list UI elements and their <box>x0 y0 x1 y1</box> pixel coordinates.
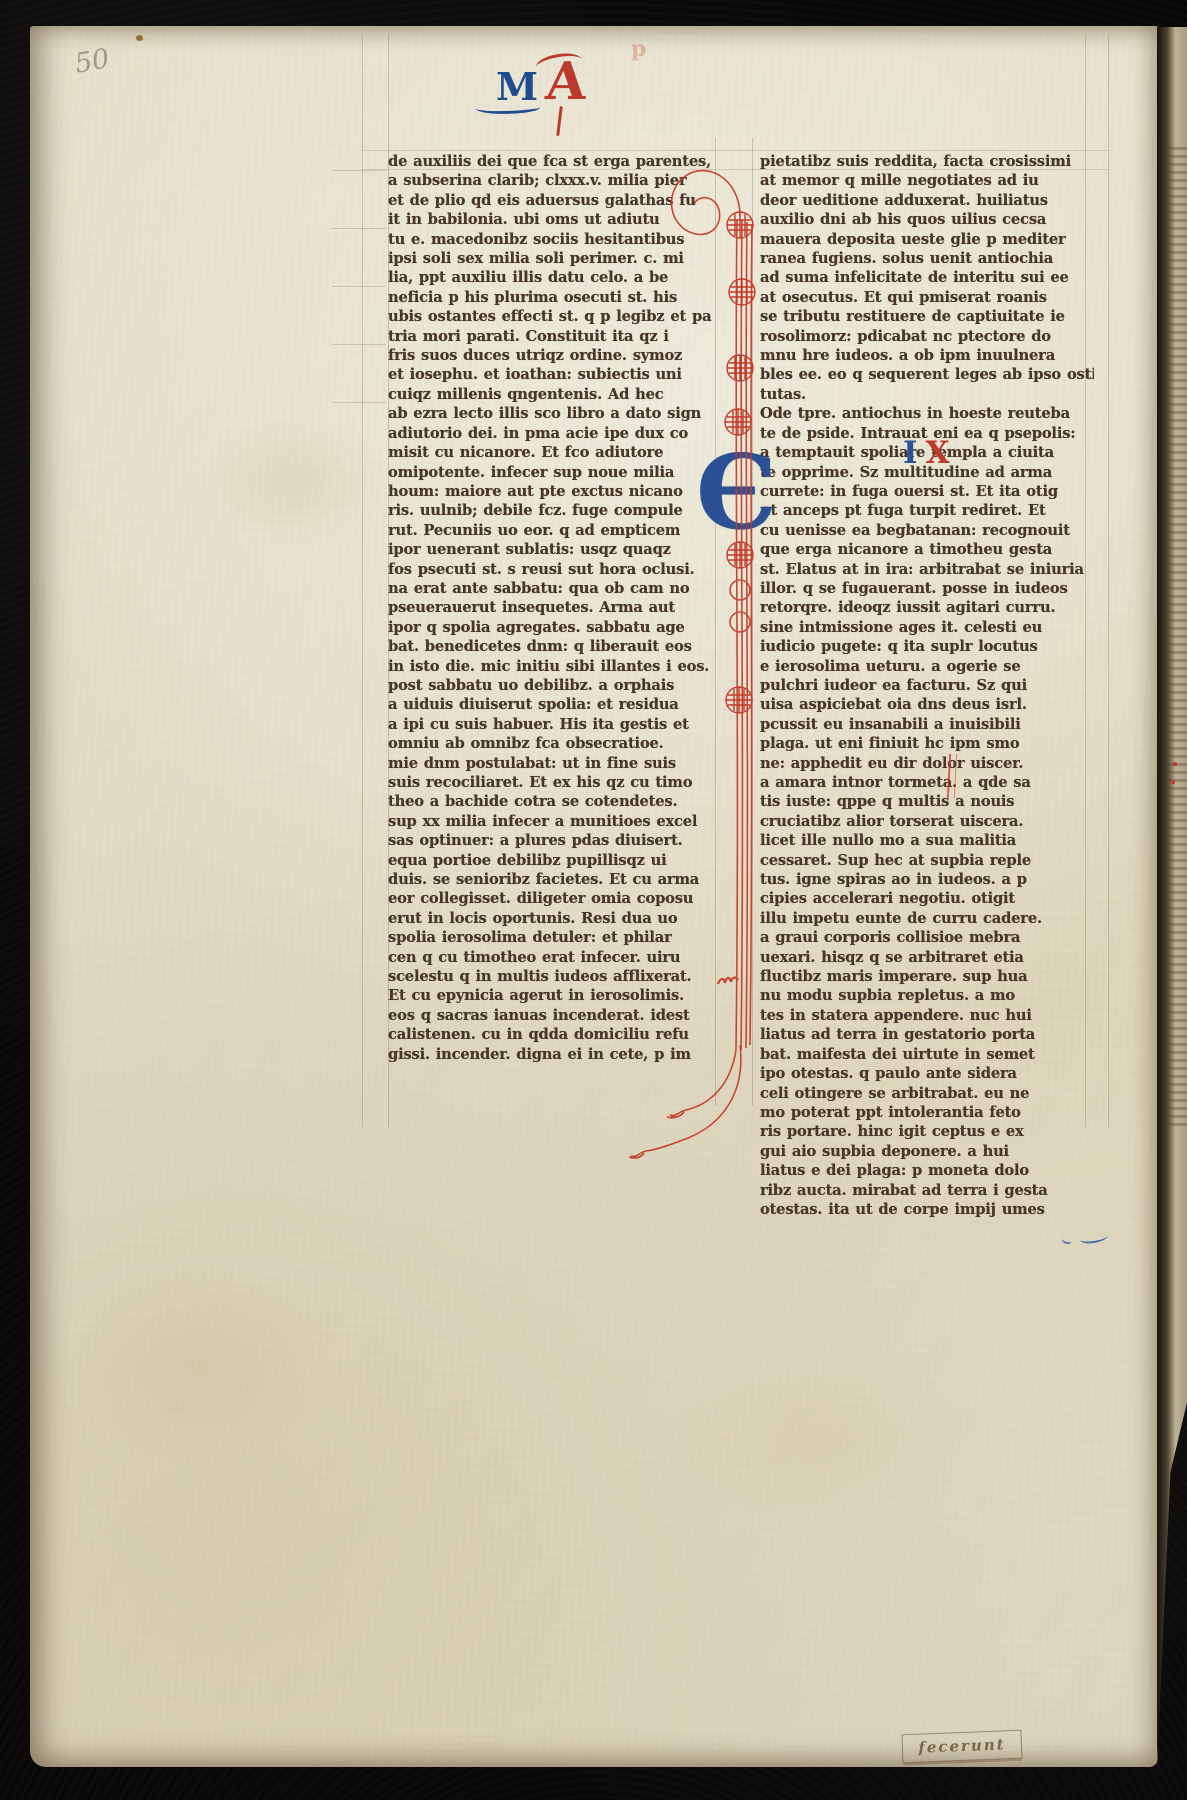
chapter-numeral-x: X <box>926 435 958 471</box>
manuscript-page: 50 M A p de auxiliis dei que fca st erga… <box>30 26 1158 1767</box>
header-m-swash <box>476 100 541 115</box>
ruling-tick <box>332 170 386 171</box>
next-folio-edge <box>1157 27 1187 1768</box>
catchword-box: fecerunt <box>901 1730 1022 1764</box>
catchword-text: fecerunt <box>918 1737 1006 1755</box>
blue-margin-mark <box>1080 1231 1109 1245</box>
edge-red-speck <box>1173 762 1177 766</box>
chapter-number: IX <box>903 438 958 469</box>
parchment-stain <box>670 1346 970 1526</box>
ruling-line <box>362 35 363 1127</box>
chapter-numeral-i: I <box>903 435 926 471</box>
edge-red-speck <box>1171 780 1175 784</box>
folio-number: 50 <box>73 45 112 78</box>
pen-flourish <box>590 120 820 1240</box>
manuscript-photo: 50 M A p de auxiliis dei que fca st erga… <box>0 0 1187 1800</box>
next-folio-ghost-text <box>1168 147 1187 1127</box>
blue-margin-mark <box>1061 1235 1073 1245</box>
ruling-tick <box>332 286 386 287</box>
ruling-tick <box>332 228 386 229</box>
ink-fleck <box>136 35 143 41</box>
ruling-tick <box>332 402 386 403</box>
parchment-stain <box>70 1266 330 1466</box>
ruling-line <box>1108 35 1109 1127</box>
ruling-tick <box>332 344 386 345</box>
show-through-letter: p <box>631 38 646 60</box>
